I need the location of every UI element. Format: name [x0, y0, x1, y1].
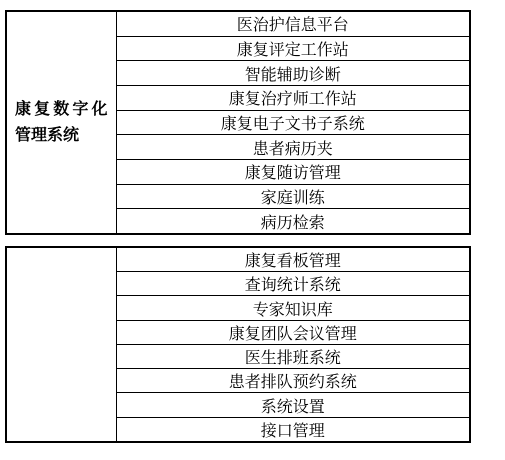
group-header-cell-empty: [6, 247, 116, 442]
page-canvas: 康复数字化管理系统 医治护信息平台 康复评定工作站 智能辅助诊断 康复治疗师工作…: [0, 0, 505, 460]
module-cell: 医治护信息平台: [116, 11, 470, 36]
module-cell: 患者排队预约系统: [116, 369, 470, 393]
module-cell: 家庭训练: [116, 184, 470, 209]
module-cell: 专家知识库: [116, 296, 470, 320]
module-cell: 康复看板管理: [116, 247, 470, 272]
module-cell: 查询统计系统: [116, 272, 470, 296]
module-cell: 康复评定工作站: [116, 36, 470, 61]
module-cell: 康复随访管理: [116, 159, 470, 184]
system-table-bottom: 康复看板管理 查询统计系统 专家知识库 康复团队会议管理 医生排班系统 患者排队…: [5, 246, 471, 443]
module-cell: 智能辅助诊断: [116, 61, 470, 86]
table-row: 康复看板管理: [6, 247, 470, 272]
module-cell: 康复治疗师工作站: [116, 85, 470, 110]
module-cell: 医生排班系统: [116, 344, 470, 368]
module-cell: 系统设置: [116, 393, 470, 417]
module-cell: 接口管理: [116, 417, 470, 442]
system-table-top: 康复数字化管理系统 医治护信息平台 康复评定工作站 智能辅助诊断 康复治疗师工作…: [5, 10, 471, 235]
table-row: 康复数字化管理系统 医治护信息平台: [6, 11, 470, 36]
module-cell: 康复电子文书子系统: [116, 110, 470, 135]
module-cell: 康复团队会议管理: [116, 320, 470, 344]
module-cell: 患者病历夹: [116, 135, 470, 160]
module-cell: 病历检索: [116, 209, 470, 234]
group-header-cell: 康复数字化管理系统: [6, 11, 116, 234]
